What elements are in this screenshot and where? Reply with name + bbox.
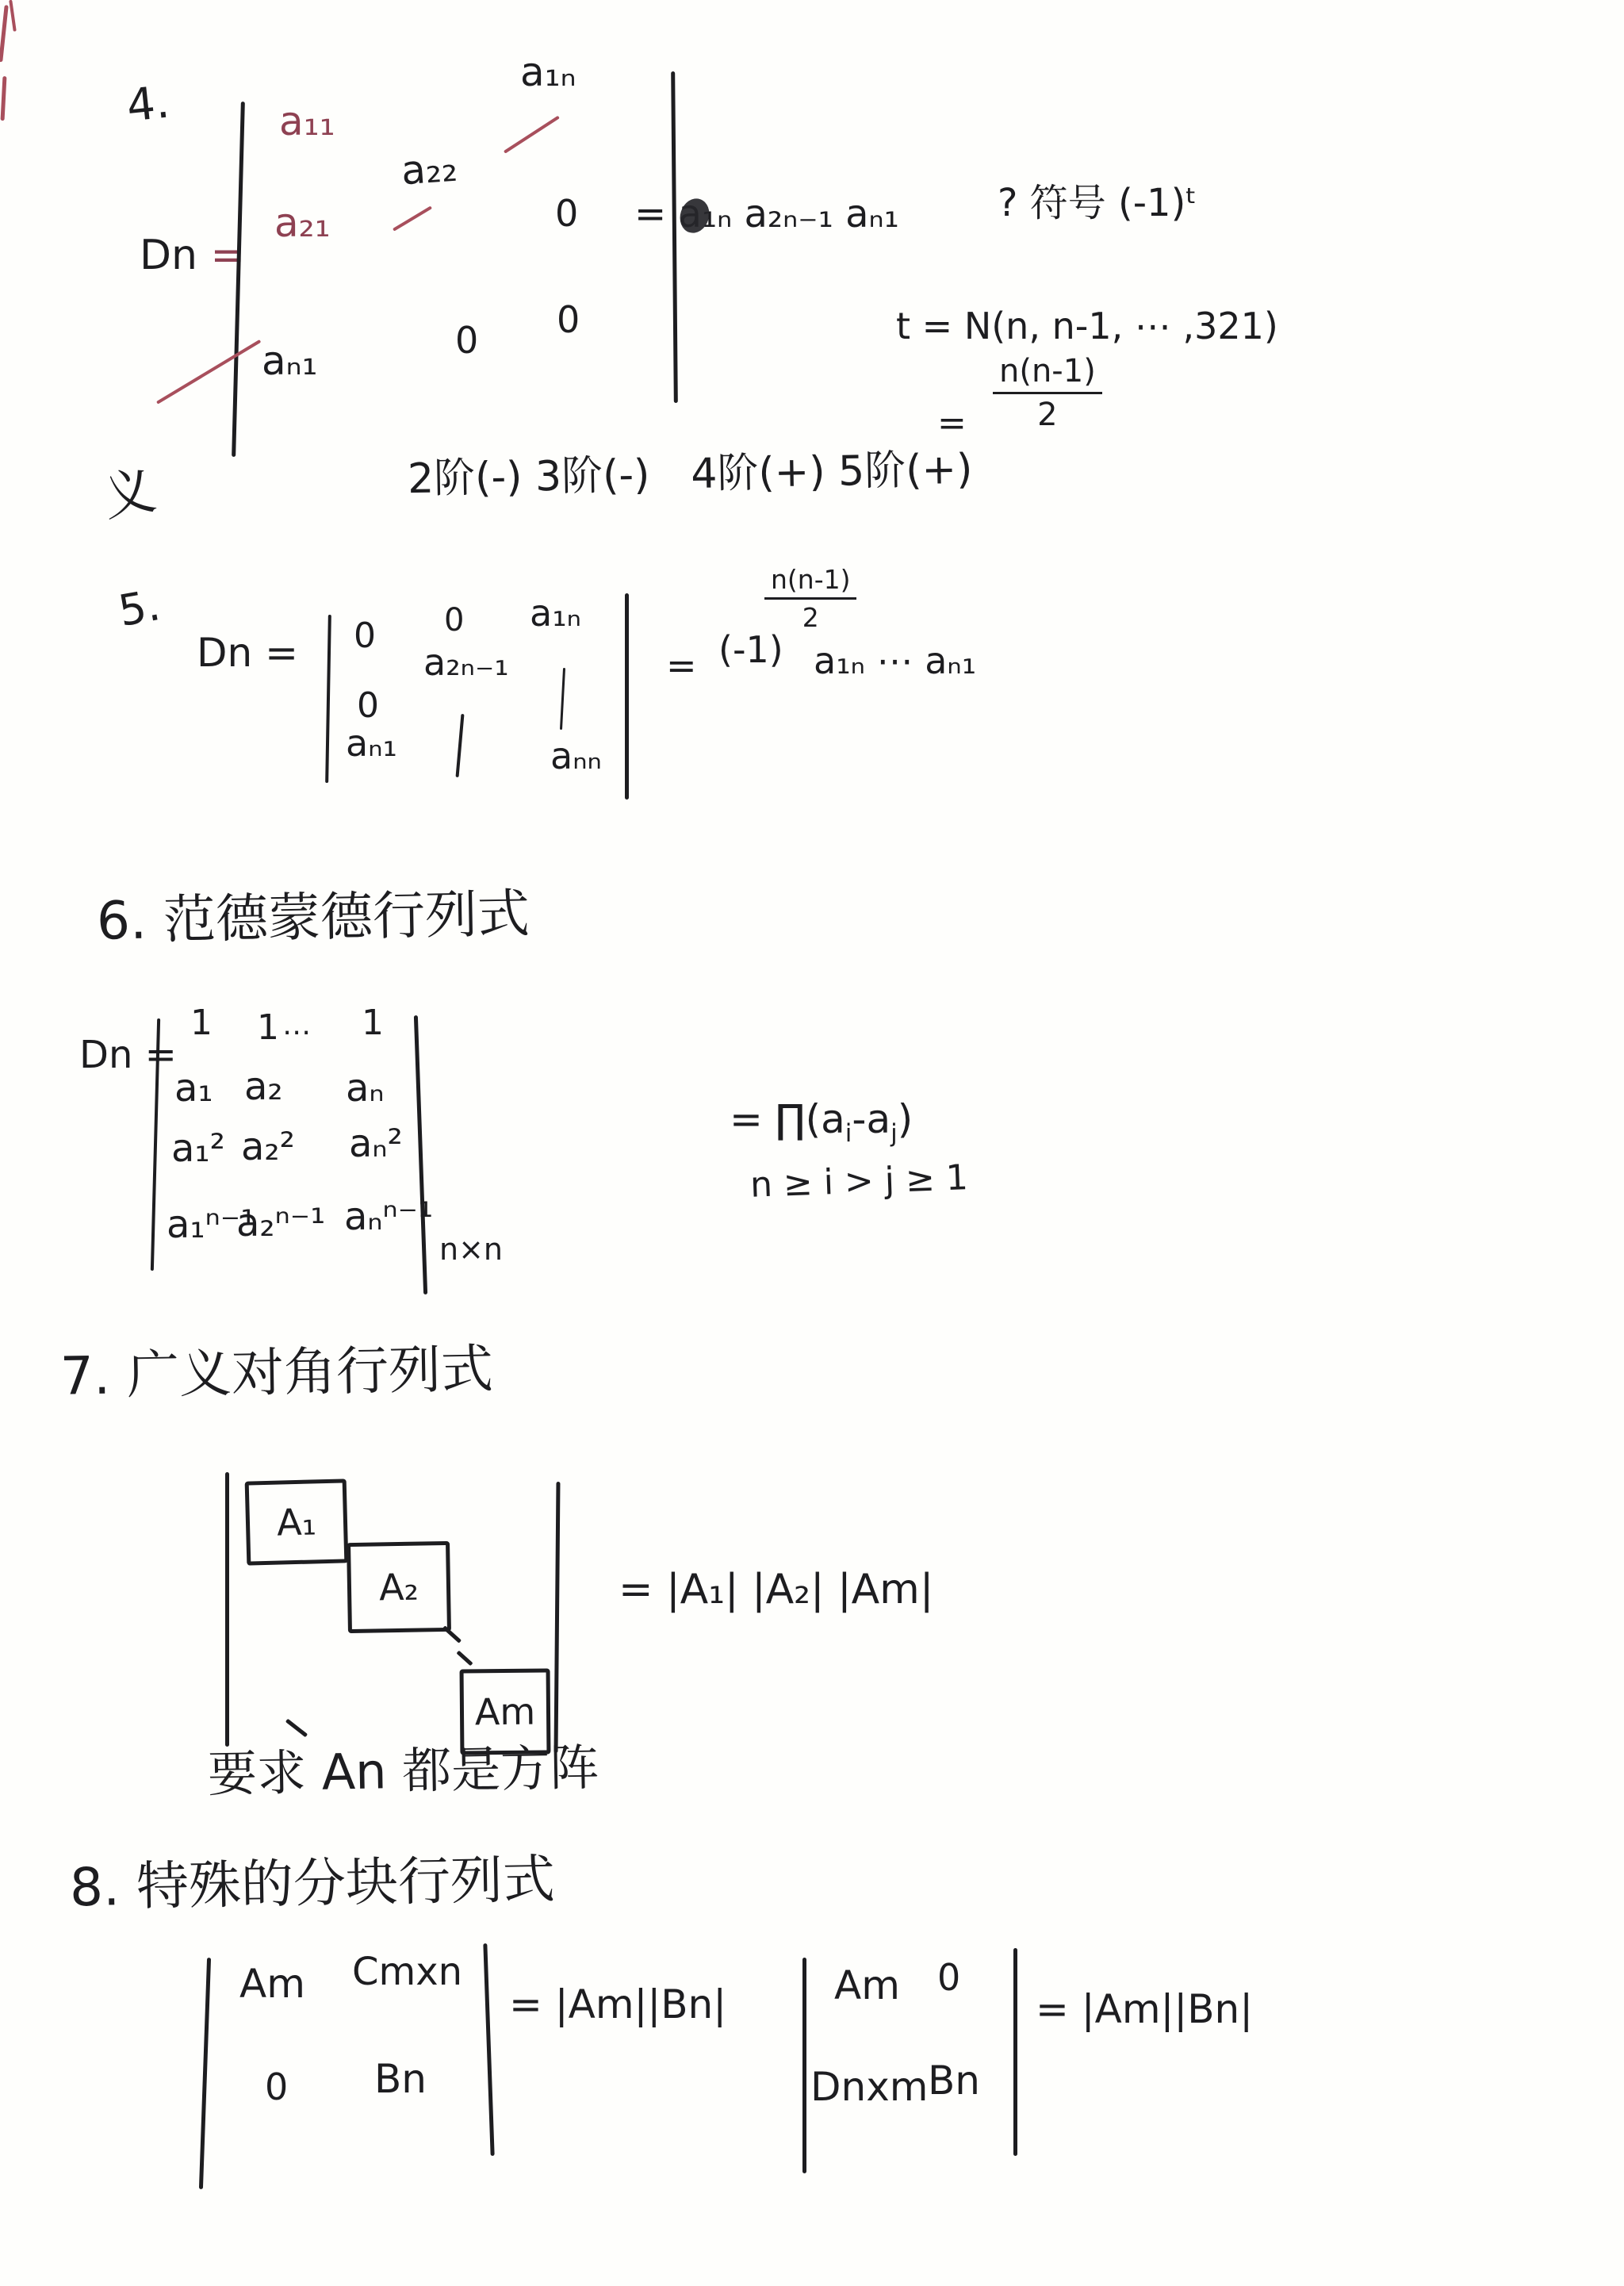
- anti-diagonal-product: = a₁ₙ a₂ₙ₋₁ aₙ₁: [634, 195, 899, 233]
- page-edge-red-mark: [0, 5, 9, 62]
- item-4-number: 4.: [124, 80, 171, 128]
- inversion-count-formula: t = N(n, n-1, ⋯ ,321): [896, 308, 1278, 344]
- block-entry-Cmxn: Cmxn: [352, 1953, 462, 1991]
- fraction-denominator: 2: [993, 394, 1102, 431]
- matrix-entry-a1n: a₁ₙ: [530, 595, 581, 631]
- matrix-entry-an-power: aₙⁿ⁻¹: [344, 1198, 433, 1236]
- determinant-right-bar: [671, 71, 678, 403]
- exponent-fraction: n(n-1) 2: [764, 566, 856, 631]
- block-entry-Dnxm: Dnxm: [810, 2067, 929, 2107]
- item-5-number: 5.: [116, 584, 163, 633]
- matrix-entry-zero: 0: [354, 619, 376, 654]
- block-determinant-result: = |Am||Bn|: [509, 1985, 726, 2024]
- block-product-formula: = |A₁| |A₂| |Am|: [619, 1569, 933, 1610]
- square-matrix-requirement-note: 要求 An 都是方阵: [207, 1743, 599, 1800]
- matrix-entry-an: aₙ: [346, 1069, 385, 1107]
- matrix-entry-a2-power: a₂ⁿ⁻¹: [236, 1204, 325, 1242]
- block-entry-Am: Am: [834, 1966, 900, 2005]
- special-block-heading: 8. 特殊的分块行列式: [69, 1854, 555, 1915]
- determinant-left-bar: [199, 1958, 211, 2189]
- determinant-right-bar: [483, 1943, 494, 2156]
- product-text: = ∏(a: [730, 1096, 845, 1142]
- block-entry-Bn: Bn: [374, 2059, 427, 2099]
- anti-diagonal-red-line: [393, 205, 432, 231]
- matrix-entry-a1n: a₁ₙ: [520, 52, 576, 92]
- matrix-entry-an-squared: aₙ²: [349, 1125, 403, 1163]
- matrix-entry-a1: a₁: [174, 1069, 213, 1107]
- matrix-entry-a11: a₁₁: [279, 102, 335, 141]
- vandermonde-heading: 6. 范德蒙德行列式: [96, 888, 530, 948]
- block-A1-label: A₁: [276, 1500, 316, 1544]
- diagonal-dots-stroke: [456, 714, 465, 777]
- page-edge-red-mark: [1, 76, 7, 121]
- matrix-entry-zero: 0: [557, 301, 580, 338]
- matrix-entry-zero: 0: [555, 195, 578, 232]
- product-text: ): [898, 1096, 913, 1142]
- determinant-right-bar: [625, 593, 629, 800]
- matrix-entry-one: 1: [257, 1011, 279, 1045]
- product-text: -a: [852, 1096, 891, 1142]
- fraction-numerator: n(n-1): [764, 566, 856, 600]
- matrix-entry-a2n-1: a₂ₙ₋₁: [423, 644, 509, 681]
- page-edge-red-mark: [9, 0, 17, 32]
- row-ellipsis: ⋯: [282, 1018, 316, 1047]
- diagonal-dots-dash: [285, 1719, 308, 1738]
- diagonal-dots-dash: [456, 1651, 473, 1667]
- handwritten-notes-page: 4. Dn = a₁₁ a₂₁ aₙ₁ a₂₂ a₁ₙ 0 0 0 = a₁ₙ …: [0, 0, 1624, 2286]
- block-diagonal-heading: 7. 广义对角行列式: [59, 1343, 493, 1403]
- matrix-entry-a2-squared: a₂²: [241, 1128, 295, 1166]
- vandermonde-product-formula: = ∏(ai-aj): [730, 1099, 913, 1146]
- matrix-entry-a21: a₂₁: [274, 203, 331, 243]
- index-condition: n ≥ i > j ≥ 1: [749, 1160, 968, 1203]
- determinant-right-bar: [554, 1482, 561, 1753]
- determinant-lhs: Dn =: [197, 633, 298, 673]
- sign-question-note: ? 符号 (-1)ᵗ: [998, 184, 1197, 222]
- anti-diagonal-product: a₁ₙ ⋯ aₙ₁: [814, 642, 976, 679]
- diagonal-dots-dash: [442, 1625, 462, 1643]
- or-character: 义: [99, 464, 159, 524]
- matrix-entry-an1: aₙ₁: [262, 341, 318, 381]
- diagonal-dots-stroke: [560, 668, 565, 730]
- block-entry-Bn: Bn: [928, 2061, 980, 2100]
- matrix-entry-zero: 0: [444, 604, 464, 636]
- block-entry-zero: 0: [937, 1959, 960, 1996]
- determinant-lhs: Dn =: [79, 1036, 177, 1074]
- equals-sign: =: [666, 647, 697, 684]
- subscript-j: j: [891, 1119, 898, 1148]
- fraction-numerator: n(n-1): [993, 355, 1102, 394]
- matrix-entry-a22: a₂₂: [400, 148, 458, 191]
- matrix-entry-one: 1: [362, 1006, 384, 1041]
- anti-diagonal-red-line: [504, 116, 560, 154]
- block-determinant-result: = |Am||Bn|: [1036, 1989, 1253, 2029]
- n-n-minus-1-over-2-fraction: n(n-1) 2: [993, 355, 1102, 431]
- determinant-left-bar: [802, 1958, 806, 2173]
- determinant-left-bar: [232, 102, 245, 457]
- block-entry-zero: 0: [265, 2069, 288, 2105]
- anti-diagonal-red-line: [156, 339, 261, 405]
- matrix-entry-a2: a₂: [244, 1068, 283, 1106]
- block-A2-box: A₂: [347, 1541, 451, 1633]
- determinant-right-bar: [414, 1015, 427, 1295]
- block-A1-box: A₁: [245, 1479, 349, 1565]
- matrix-entry-an1: aₙ₁: [346, 725, 397, 761]
- block-A2-label: A₂: [379, 1566, 419, 1609]
- dn-symbol: Dn: [140, 232, 197, 279]
- matrix-size-subscript: n×n: [439, 1234, 503, 1264]
- determinant-lhs: Dn =: [140, 235, 245, 276]
- minus-one-base: (-1): [718, 631, 783, 668]
- matrix-entry-one: 1: [190, 1006, 213, 1041]
- matrix-entry-zero: 0: [357, 688, 379, 723]
- matrix-entry-zero: 0: [455, 322, 478, 359]
- determinant-left-bar: [325, 615, 331, 783]
- equals-sign: =: [937, 406, 967, 441]
- matrix-entry-a1-squared: a₁²: [171, 1130, 225, 1168]
- order-sign-list: 2阶(-) 3阶(-) 4阶(+) 5阶(+): [408, 449, 973, 500]
- determinant-right-bar: [1013, 1948, 1017, 2156]
- determinant-left-bar: [225, 1472, 229, 1747]
- fraction-denominator: 2: [764, 600, 856, 631]
- block-entry-Am: Am: [239, 1964, 305, 2004]
- block-Am-label: Am: [475, 1690, 536, 1734]
- matrix-entry-ann: aₙₙ: [550, 738, 602, 774]
